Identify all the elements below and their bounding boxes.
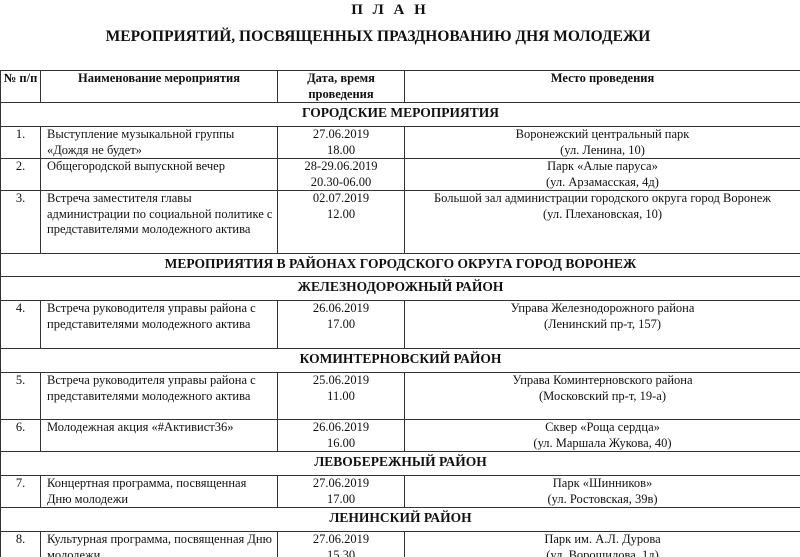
event-time: 15.30 <box>282 548 400 557</box>
place-address: (ул. Арзамасская, 4д) <box>409 175 796 191</box>
place-name: Воронежский центральный парк <box>409 127 796 143</box>
row-number: 5. <box>1 373 41 420</box>
event-datetime: 28-29.06.201920.30-06.00 <box>278 159 405 191</box>
event-date: 27.06.2019 <box>282 532 400 548</box>
header-place: Место проведения <box>405 71 800 103</box>
event-date: 25.06.2019 <box>282 373 400 389</box>
event-name: Концертная программа, посвященная Дню мо… <box>41 476 278 508</box>
row-number: 3. <box>1 191 41 254</box>
place-address: (ул. Ленина, 10) <box>409 143 796 159</box>
event-datetime: 26.06.201917.00 <box>278 301 405 349</box>
place-address: (Московский пр-т, 19-а) <box>409 389 796 405</box>
event-date: 26.06.2019 <box>282 420 400 436</box>
table-row: 1.Выступление музыкальной группы «Дождя … <box>1 127 800 159</box>
place-address: (ул. Ворошилова, 1д) <box>409 548 796 557</box>
place-name: Большой зал администрации городского окр… <box>409 191 796 207</box>
section-city: ГОРОДСКИЕ МЕРОПРИЯТИЯ <box>1 103 800 127</box>
table-row: 5.Встреча руководителя управы района с п… <box>1 373 800 420</box>
event-date: 28-29.06.2019 <box>282 159 400 175</box>
event-date: 27.06.2019 <box>282 127 400 143</box>
place-name: Парк «Алые паруса» <box>409 159 796 175</box>
section-row: ЛЕНИНСКИЙ РАЙОН <box>1 508 800 532</box>
event-place: Большой зал администрации городского окр… <box>405 191 800 254</box>
header-date: Дата, время проведения <box>278 71 405 103</box>
event-place: Управа Железнодорожного района(Ленинский… <box>405 301 800 349</box>
section-zheleznodorozhny: ЖЕЛЕЗНОДОРОЖНЫЙ РАЙОН <box>1 277 800 301</box>
row-number: 4. <box>1 301 41 349</box>
place-address: (ул. Маршала Жукова, 40) <box>409 436 796 452</box>
document-title: П Л А Н <box>10 2 770 19</box>
event-datetime: 27.06.201917.00 <box>278 476 405 508</box>
place-address: (Ленинский пр-т, 157) <box>409 317 796 333</box>
table-row: 4.Встреча руководителя управы района с п… <box>1 301 800 349</box>
section-leninsky: ЛЕНИНСКИЙ РАЙОН <box>1 508 800 532</box>
event-time: 17.00 <box>282 317 400 333</box>
event-name: Общегородской выпускной вечер <box>41 159 278 191</box>
event-place: Парк им. А.Л. Дурова(ул. Ворошилова, 1д) <box>405 532 800 557</box>
table-row: 6.Молодежная акция «#Активист36»26.06.20… <box>1 420 800 452</box>
events-table: № п/п Наименование мероприятия Дата, вре… <box>0 70 800 557</box>
event-datetime: 25.06.201911.00 <box>278 373 405 420</box>
section-levoberezhny: ЛЕВОБЕРЕЖНЫЙ РАЙОН <box>1 452 800 476</box>
event-name: Встреча заместителя главы администрации … <box>41 191 278 254</box>
event-time: 20.30-06.00 <box>282 175 400 191</box>
row-number: 7. <box>1 476 41 508</box>
header-num: № п/п <box>1 71 41 103</box>
row-number: 2. <box>1 159 41 191</box>
event-place: Сквер «Роща сердца»(ул. Маршала Жукова, … <box>405 420 800 452</box>
event-name: Выступление музыкальной группы «Дождя не… <box>41 127 278 159</box>
event-time: 11.00 <box>282 389 400 405</box>
document-subtitle: МЕРОПРИЯТИЙ, ПОСВЯЩЕННЫХ ПРАЗДНОВАНИЮ ДН… <box>0 28 758 46</box>
table-row: 8.Культурная программа, посвященная Дню … <box>1 532 800 557</box>
section-row: КОМИНТЕРНОВСКИЙ РАЙОН <box>1 349 800 373</box>
section-row: ЖЕЛЕЗНОДОРОЖНЫЙ РАЙОН <box>1 277 800 301</box>
event-time: 18.00 <box>282 143 400 159</box>
table-row: 2.Общегородской выпускной вечер28-29.06.… <box>1 159 800 191</box>
section-row: ГОРОДСКИЕ МЕРОПРИЯТИЯ <box>1 103 800 127</box>
event-time: 12.00 <box>282 207 400 223</box>
place-name: Сквер «Роща сердца» <box>409 420 796 436</box>
place-name: Парк им. А.Л. Дурова <box>409 532 796 548</box>
event-date: 02.07.2019 <box>282 191 400 207</box>
place-name: Парк «Шинников» <box>409 476 796 492</box>
event-name: Встреча руководителя управы района с пре… <box>41 301 278 349</box>
event-place: Воронежский центральный парк(ул. Ленина,… <box>405 127 800 159</box>
section-districts: МЕРОПРИЯТИЯ В РАЙОНАХ ГОРОДСКОГО ОКРУГА … <box>1 254 800 277</box>
place-address: (ул. Плехановская, 10) <box>409 207 796 223</box>
section-kominternovsky: КОМИНТЕРНОВСКИЙ РАЙОН <box>1 349 800 373</box>
event-name: Встреча руководителя управы района с пре… <box>41 373 278 420</box>
event-date: 27.06.2019 <box>282 476 400 492</box>
row-number: 6. <box>1 420 41 452</box>
header-name: Наименование мероприятия <box>41 71 278 103</box>
event-place: Парк «Алые паруса»(ул. Арзамасская, 4д) <box>405 159 800 191</box>
event-datetime: 27.06.201915.30 <box>278 532 405 557</box>
table-row: 7.Концертная программа, посвященная Дню … <box>1 476 800 508</box>
place-address: (ул. Ростовская, 39в) <box>409 492 796 508</box>
place-name: Управа Коминтерновского района <box>409 373 796 389</box>
event-name: Культурная программа, посвященная Дню мо… <box>41 532 278 557</box>
event-time: 17.00 <box>282 492 400 508</box>
event-time: 16.00 <box>282 436 400 452</box>
table-header-row: № п/п Наименование мероприятия Дата, вре… <box>1 71 800 103</box>
event-datetime: 26.06.201916.00 <box>278 420 405 452</box>
event-date: 26.06.2019 <box>282 301 400 317</box>
event-name: Молодежная акция «#Активист36» <box>41 420 278 452</box>
place-name: Управа Железнодорожного района <box>409 301 796 317</box>
row-number: 8. <box>1 532 41 557</box>
event-datetime: 27.06.201918.00 <box>278 127 405 159</box>
section-row: МЕРОПРИЯТИЯ В РАЙОНАХ ГОРОДСКОГО ОКРУГА … <box>1 254 800 277</box>
table-row: 3.Встреча заместителя главы администраци… <box>1 191 800 254</box>
event-place: Управа Коминтерновского района(Московски… <box>405 373 800 420</box>
event-place: Парк «Шинников»(ул. Ростовская, 39в) <box>405 476 800 508</box>
event-datetime: 02.07.201912.00 <box>278 191 405 254</box>
section-row: ЛЕВОБЕРЕЖНЫЙ РАЙОН <box>1 452 800 476</box>
row-number: 1. <box>1 127 41 159</box>
